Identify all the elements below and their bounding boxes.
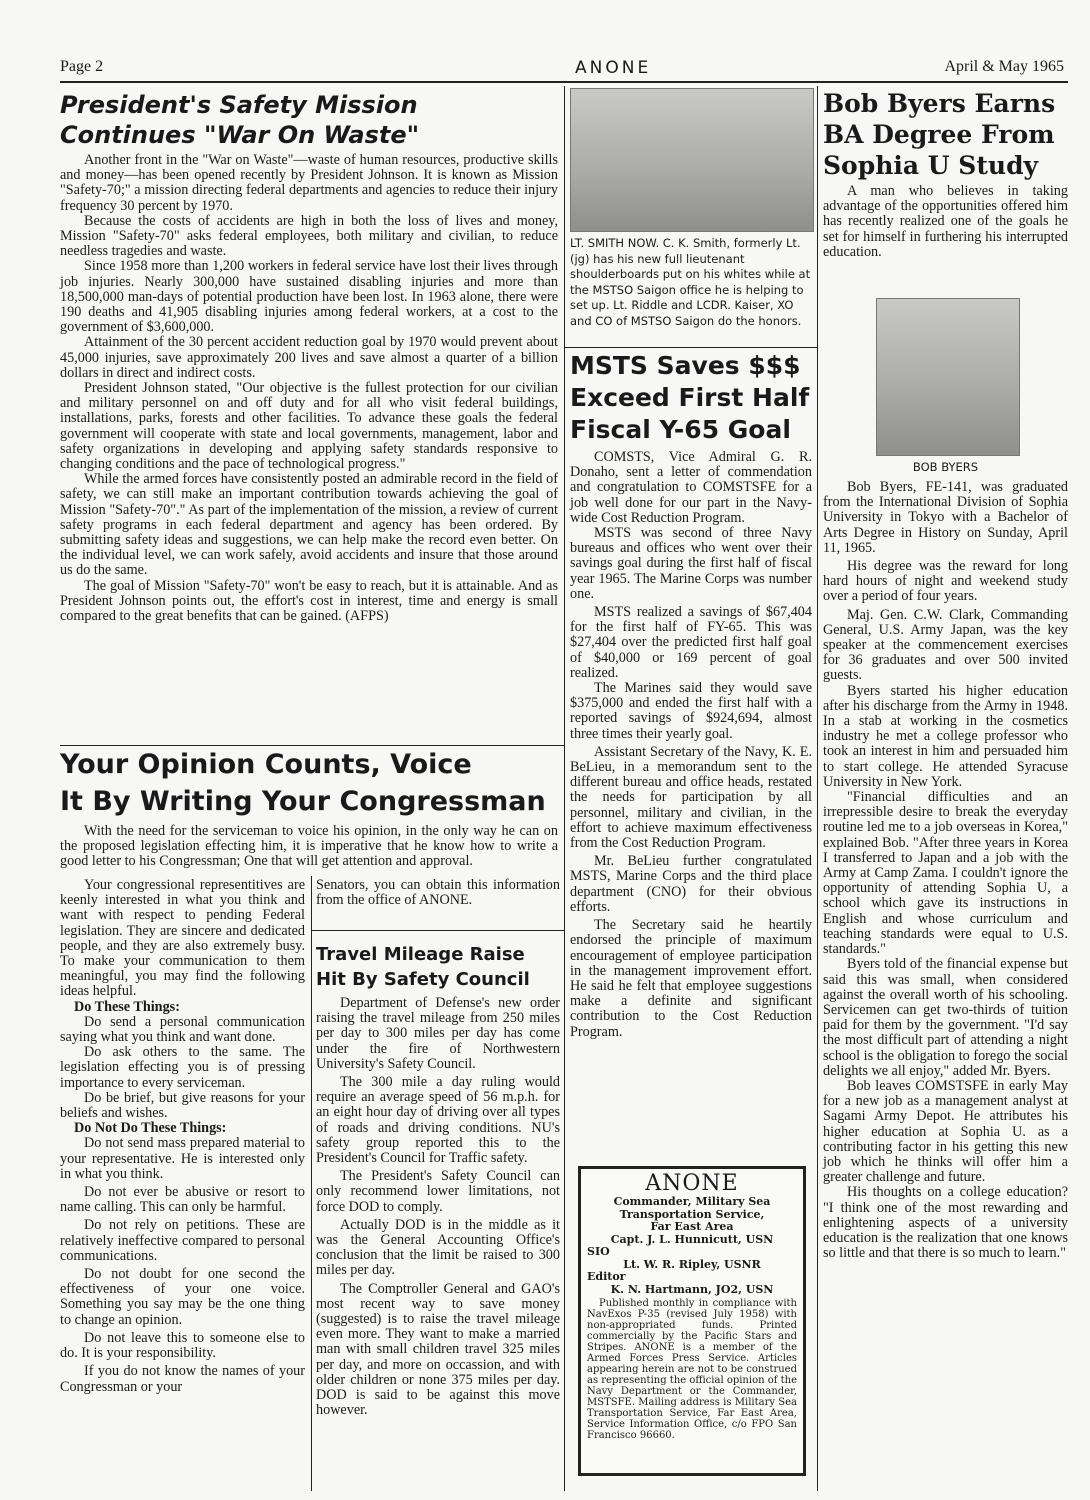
photo-smith-caption: LT. SMITH NOW. C. K. Smith, formerly Lt.… — [570, 236, 812, 329]
paragraph: Maj. Gen. C.W. Clark, Commanding General… — [823, 608, 1068, 684]
newspaper-page: Page 2 ANONE April & May 1965 President'… — [0, 0, 1090, 1500]
paragraph: Byers started his higher education after… — [823, 684, 1068, 790]
paragraph: MSTS was second of three Navy bureaus an… — [570, 526, 812, 602]
article-opinion-col2: Senators, you can obtain this informatio… — [316, 878, 560, 908]
paragraph: The President's Safety Council can only … — [316, 1169, 560, 1215]
paragraph: MSTS realized a savings of $67,404 for t… — [570, 605, 812, 681]
article-safety: President's Safety Mission Continues "Wa… — [60, 90, 558, 624]
subheading: Do These Things: — [60, 1000, 305, 1015]
paragraph: A man who believes in taking advantage o… — [823, 184, 1068, 260]
headline-msts-1: MSTS Saves $$$ — [570, 350, 812, 382]
headline-safety-1: President's Safety Mission — [60, 90, 558, 120]
page-number: Page 2 — [60, 58, 103, 76]
subheading: Do Not Do These Things: — [60, 1121, 305, 1136]
page-header: Page 2 ANONE April & May 1965 — [60, 58, 1070, 80]
headline-travel-2: Hit By Safety Council — [316, 967, 560, 992]
article-travel: Travel Mileage Raise Hit By Safety Counc… — [316, 942, 560, 1418]
headline-travel-1: Travel Mileage Raise — [316, 942, 560, 967]
paragraph: If you do not know the names of your Con… — [60, 1364, 305, 1394]
column-divider — [817, 86, 818, 1491]
paragraph: The Marines said they would save $375,00… — [570, 681, 812, 742]
masthead-editor-name: K. N. Hartmann, JO2, USN — [587, 1284, 797, 1297]
masthead-editor-label: Editor — [587, 1271, 797, 1284]
paragraph: The 300 mile a day ruling would require … — [316, 1075, 560, 1166]
article-opinion-col1: Your congressional representitives are k… — [60, 878, 305, 1395]
paragraph: Assistant Secretary of the Navy, K. E. B… — [570, 745, 812, 851]
paragraph: "Financial difficulties and an irrepress… — [823, 790, 1068, 957]
paragraph: Department of Defense's new order raisin… — [316, 996, 560, 1072]
article-opinion: Your Opinion Counts, Voice It By Writing… — [60, 746, 558, 870]
headline-opinion-1: Your Opinion Counts, Voice — [60, 746, 558, 783]
masthead-sio-label: SIO — [587, 1246, 797, 1259]
headline-msts-3: Fiscal Y-65 Goal — [570, 414, 812, 446]
paragraph: The Comptroller General and GAO's most r… — [316, 1282, 560, 1419]
paragraph: While the armed forces have consistently… — [60, 472, 558, 578]
masthead-box: ANONE Commander, Military Sea Transporta… — [578, 1166, 806, 1476]
paragraph: Do be brief, but give reasons for your b… — [60, 1091, 305, 1121]
paragraph: With the need for the serviceman to voic… — [60, 824, 558, 870]
paragraph: Do not ever be abusive or resort to name… — [60, 1185, 305, 1215]
masthead-org: Far East Area — [587, 1221, 797, 1234]
paragraph: The Secretary said he heartily endorsed … — [570, 918, 812, 1040]
paragraph: Bob leaves COMSTSFE in early May for a n… — [823, 1079, 1068, 1185]
header-rule — [60, 81, 1068, 83]
article-byers-body: Bob Byers, FE-141, was graduated from th… — [823, 480, 1068, 1261]
paragraph: The goal of Mission "Safety-70" won't be… — [60, 579, 558, 625]
masthead-statement: Published monthly in compliance with Nav… — [587, 1298, 797, 1441]
paragraph: His thoughts on a college education? "I … — [823, 1185, 1068, 1261]
paragraph: Because the costs of accidents are high … — [60, 214, 558, 260]
photo-bob-byers — [876, 298, 1020, 456]
headline-opinion-2: It By Writing Your Congressman — [60, 783, 558, 820]
headline-byers-1: Bob Byers Earns — [823, 88, 1068, 119]
headline-msts-2: Exceed First Half — [570, 382, 812, 414]
paragraph: President Johnson stated, "Our objective… — [60, 381, 558, 472]
paragraph: Byers told of the financial expense but … — [823, 957, 1068, 1079]
paragraph: Bob Byers, FE-141, was graduated from th… — [823, 480, 1068, 556]
section-divider — [565, 347, 817, 348]
paragraph: Do not rely on petitions. These are rela… — [60, 1218, 305, 1264]
paragraph: Do not doubt for one second the effectiv… — [60, 1267, 305, 1328]
headline-byers-3: Sophia U Study — [823, 150, 1068, 181]
headline-safety-2: Continues "War On Waste" — [60, 120, 558, 150]
issue-date: April & May 1965 — [944, 58, 1064, 76]
paragraph: Senators, you can obtain this informatio… — [316, 878, 560, 908]
article-byers: Bob Byers Earns BA Degree From Sophia U … — [823, 88, 1068, 260]
masthead-org: Commander, Military Sea — [587, 1196, 797, 1209]
paragraph: His degree was the reward for long hard … — [823, 559, 1068, 605]
masthead-title: ANONE — [587, 1172, 797, 1196]
paragraph: Do not send mass prepared material to yo… — [60, 1136, 305, 1182]
paragraph: Your congressional representitives are k… — [60, 878, 305, 1000]
headline-byers-2: BA Degree From — [823, 119, 1068, 150]
column-divider — [564, 86, 565, 1491]
paragraph: Attainment of the 30 percent accident re… — [60, 335, 558, 381]
paragraph: Do ask others to the same. The legislati… — [60, 1045, 305, 1091]
paragraph: Do send a personal communication saying … — [60, 1015, 305, 1045]
masthead-commander: Capt. J. L. Hunnicutt, USN — [587, 1234, 797, 1247]
paper-name: ANONE — [575, 58, 651, 78]
paragraph: COMSTS, Vice Admiral G. R. Donaho, sent … — [570, 450, 812, 526]
column-divider — [311, 876, 312, 1491]
article-msts: MSTS Saves $$$ Exceed First Half Fiscal … — [570, 350, 812, 1040]
paragraph: Actually DOD is in the middle as it was … — [316, 1218, 560, 1279]
section-divider — [312, 930, 564, 931]
paragraph: Another front in the "War on Waste"—wast… — [60, 153, 558, 214]
photo-byers-caption: BOB BYERS — [823, 460, 1068, 476]
photo-smith-shoulderboards — [570, 88, 814, 232]
paragraph: Do not leave this to someone else to do.… — [60, 1331, 305, 1361]
paragraph: Mr. BeLieu further congratulated MSTS, M… — [570, 854, 812, 915]
paragraph: Since 1958 more than 1,200 workers in fe… — [60, 259, 558, 335]
